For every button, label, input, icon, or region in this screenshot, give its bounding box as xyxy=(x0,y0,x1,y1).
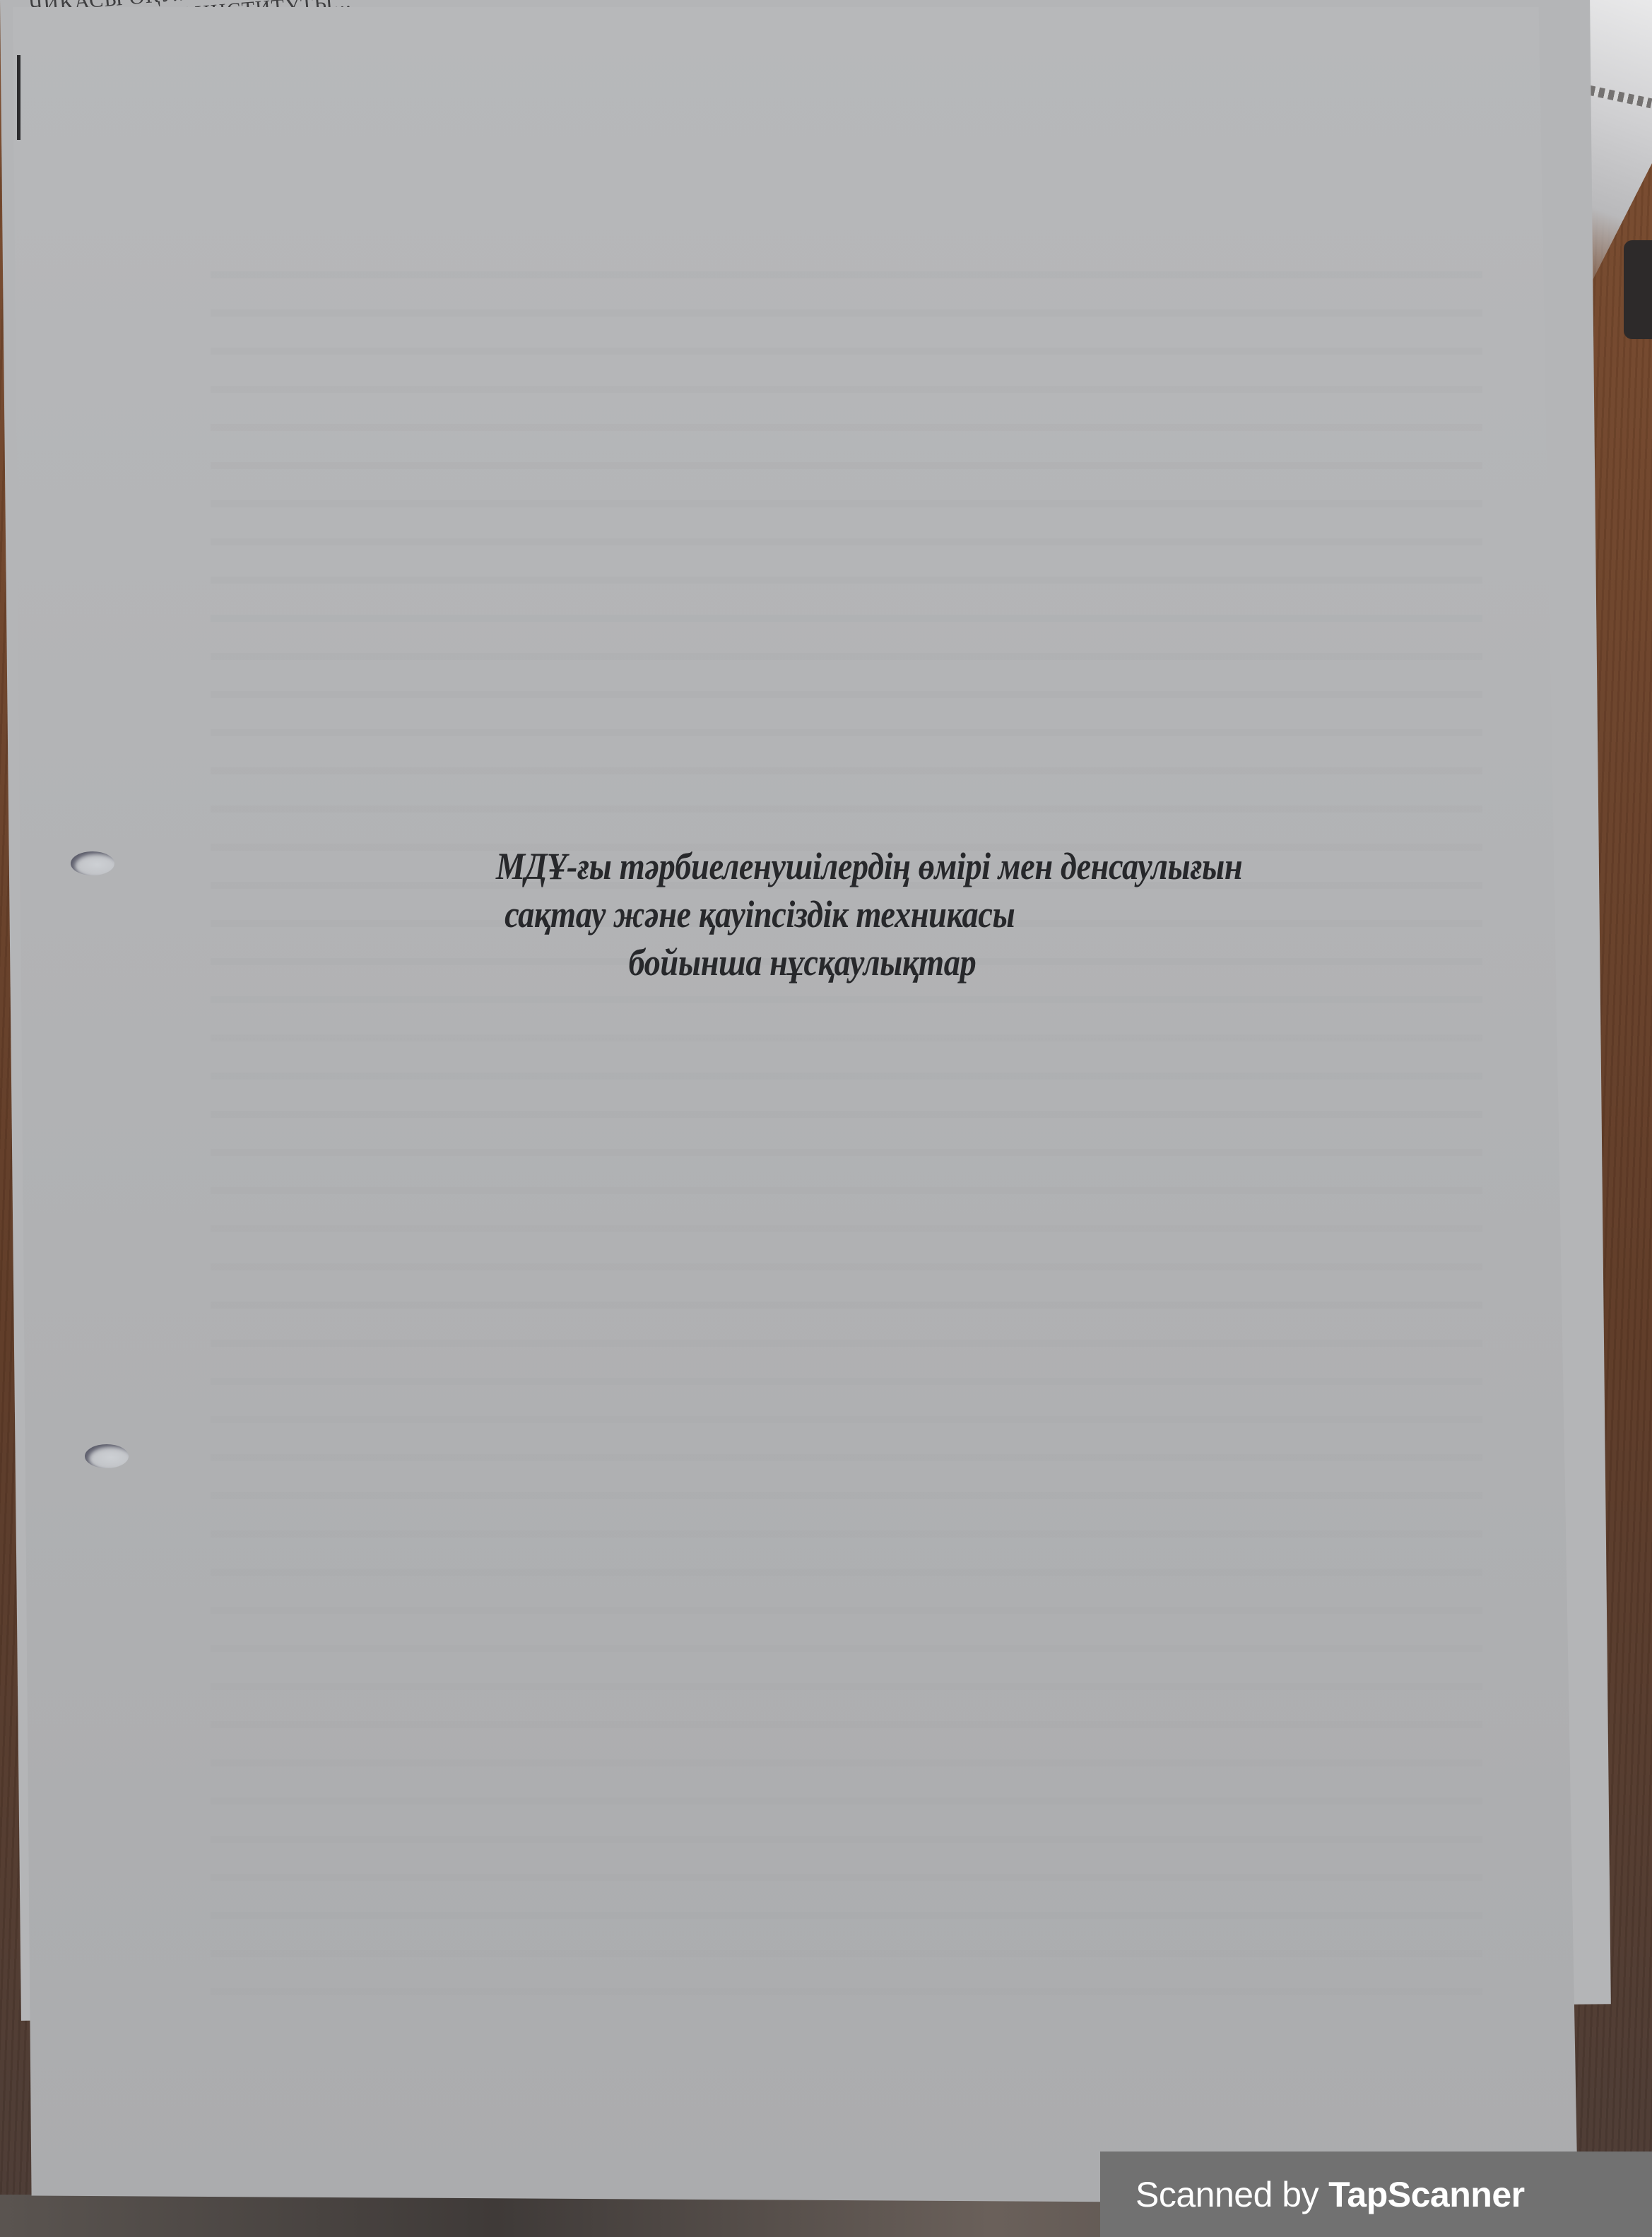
title-line-2: сақтау және қауіпсіздік техникасы xyxy=(194,890,1325,938)
watermark-brand: TapScanner xyxy=(1328,2174,1525,2215)
scanned-page xyxy=(13,7,1578,2204)
document-title: МДҰ-ғы тәрбиеленушілердің өмірі мен денс… xyxy=(413,842,1325,986)
punch-hole-icon xyxy=(85,1444,129,1468)
punch-hole-icon xyxy=(71,851,114,875)
watermark-prefix: Scanned by xyxy=(1135,2174,1318,2215)
scanner-watermark: Scanned by TapScanner xyxy=(1100,2152,1652,2237)
show-through-text xyxy=(211,247,1482,2014)
title-line-3: бойынша нұсқаулықтар xyxy=(280,938,1325,986)
page-edge-mark xyxy=(17,55,20,140)
title-line-1: МДҰ-ғы тәрбиеленушілердің өмірі мен денс… xyxy=(413,842,1325,890)
binder-clip xyxy=(1624,240,1652,339)
